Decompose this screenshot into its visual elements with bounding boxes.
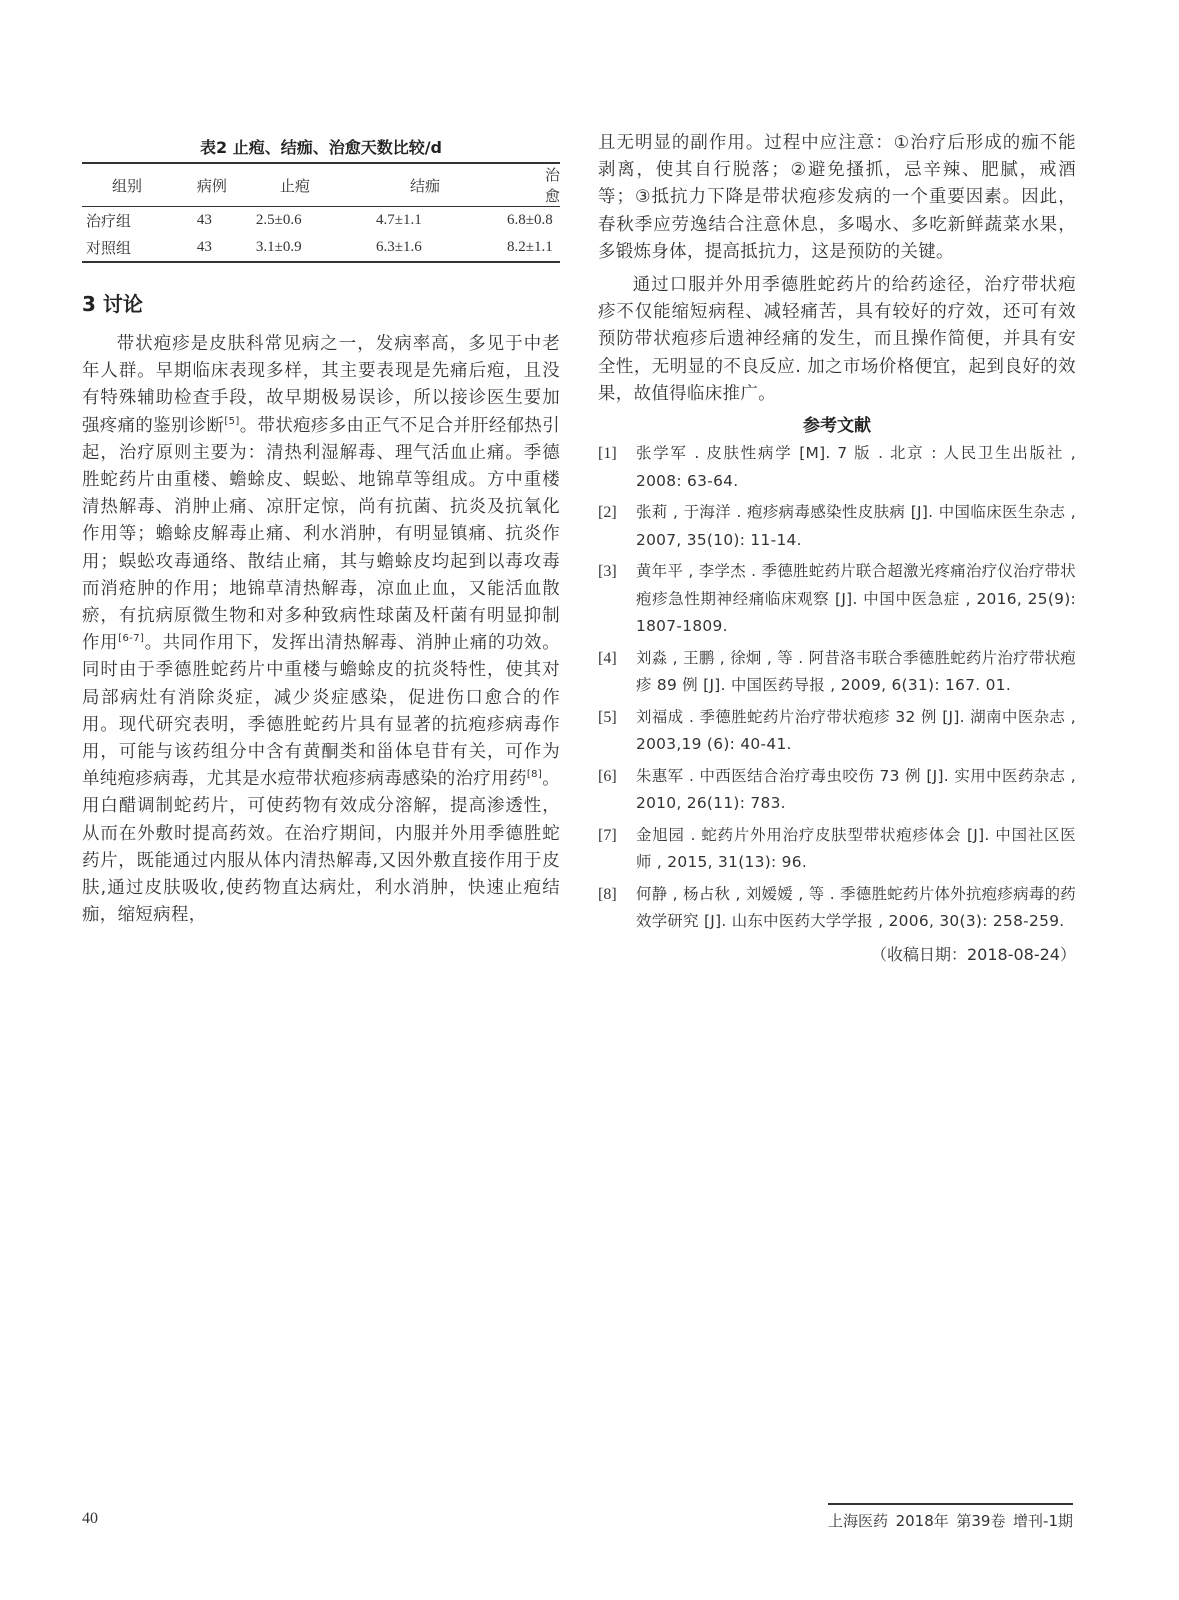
reference-item: [6]朱惠军 . 中西医结合治疗毒虫咬伤 73 例 [J]. 实用中医药杂志 ,… bbox=[598, 763, 1076, 818]
col-header-group: 组别 bbox=[82, 163, 197, 207]
table-row: 对照组 43 3.1±0.9 6.3±1.6 8.2±1.1 bbox=[82, 234, 560, 262]
reference-number: [7] bbox=[598, 822, 636, 877]
table-cell: 对照组 bbox=[82, 234, 197, 262]
col-header-blister-stop: 止疱 bbox=[256, 163, 376, 207]
reference-text: 张学军 . 皮肤性病学 [M]. 7 版 . 北京 : 人民卫生出版社 , 20… bbox=[636, 440, 1076, 495]
journal-issue: 增刊-1期 bbox=[1013, 1510, 1073, 1531]
reference-text: 金旭园 . 蛇药片外用治疗皮肤型带状疱疹体会 [J]. 中国社区医师 , 201… bbox=[636, 822, 1076, 877]
references-list: [1]张学军 . 皮肤性病学 [M]. 7 版 . 北京 : 人民卫生出版社 ,… bbox=[598, 440, 1076, 936]
table-row: 治疗组 43 2.5±0.6 4.7±1.1 6.8±0.8 bbox=[82, 207, 560, 235]
section-title-discussion: 3 讨论 bbox=[82, 289, 560, 319]
journal-year: 2018年 bbox=[896, 1510, 949, 1531]
table-caption: 表2 止疱、结痂、治愈天数比较/d bbox=[82, 136, 560, 160]
reference-item: [4]刘淼 , 王鹏 , 徐炯 , 等 . 阿昔洛韦联合季德胜蛇药片治疗带状疱疹… bbox=[598, 645, 1076, 700]
paragraph-text: 。共同作用下，发挥出清热解毒、消肿止痛的功效。同时由于季德胜蛇药片中重楼与蟾蜍皮… bbox=[82, 633, 560, 789]
discussion-paragraph-1: 带状疱疹是皮肤科常见病之一，发病率高，多见于中老年人群。早期临床表现多样，其主要… bbox=[82, 331, 560, 929]
journal-volume: 第39卷 bbox=[956, 1510, 1005, 1531]
reference-item: [8]何静 , 杨占秋 , 刘嫒嫒 , 等 . 季德胜蛇药片体外抗疱疹病毒的药效… bbox=[598, 881, 1076, 936]
reference-number: [3] bbox=[598, 558, 636, 641]
journal-info: 上海医药 2018年 第39卷 增刊-1期 bbox=[828, 1510, 1073, 1531]
paragraph-text: 。用白醋调制蛇药片，可使药物有效成分溶解，提高渗透性，从而在外敷时提高药效。在治… bbox=[82, 769, 560, 925]
col-header-scab: 结痂 bbox=[376, 163, 507, 207]
right-column: 且无明显的副作用。过程中应注意：①治疗后形成的痂不能剥离，使其自行脱落；②避免搔… bbox=[598, 130, 1076, 965]
received-date: （收稿日期：2018-08-24） bbox=[598, 942, 1076, 965]
table-cell: 3.1±0.9 bbox=[256, 234, 376, 262]
footer-rule bbox=[828, 1503, 1073, 1505]
table-cell: 6.8±0.8 bbox=[507, 207, 560, 235]
reference-number: [5] bbox=[598, 704, 636, 759]
table-cell: 2.5±0.6 bbox=[256, 207, 376, 235]
reference-number: [8] bbox=[598, 881, 636, 936]
citation: [5] bbox=[224, 416, 239, 427]
table-cell: 43 bbox=[197, 207, 256, 235]
citation: [8] bbox=[527, 769, 542, 780]
table-cell: 4.7±1.1 bbox=[376, 207, 507, 235]
citation: [6-7] bbox=[118, 633, 144, 644]
reference-text: 刘淼 , 王鹏 , 徐炯 , 等 . 阿昔洛韦联合季德胜蛇药片治疗带状疱疹 89… bbox=[636, 645, 1076, 700]
reference-item: [3]黄年平 , 李学杰 . 季德胜蛇药片联合超激光疼痛治疗仪治疗带状疱疹急性期… bbox=[598, 558, 1076, 641]
reference-number: [1] bbox=[598, 440, 636, 495]
left-column: 表2 止疱、结痂、治愈天数比较/d 组别 病例 止疱 结痂 治愈 治疗组 43 … bbox=[82, 130, 560, 929]
table-cell: 8.2±1.1 bbox=[507, 234, 560, 262]
page-number: 40 bbox=[82, 1510, 98, 1528]
references-title: 参考文献 bbox=[598, 412, 1076, 440]
reference-item: [5]刘福成 . 季德胜蛇药片治疗带状疱疹 32 例 [J]. 湖南中医杂志 ,… bbox=[598, 704, 1076, 759]
reference-text: 刘福成 . 季德胜蛇药片治疗带状疱疹 32 例 [J]. 湖南中医杂志 , 20… bbox=[636, 704, 1076, 759]
discussion-paragraph-3: 通过口服并外用季德胜蛇药片的给药途径，治疗带状疱疹不仅能缩短病程、减轻痛苦，具有… bbox=[598, 272, 1076, 408]
reference-number: [4] bbox=[598, 645, 636, 700]
col-header-cure: 治愈 bbox=[507, 163, 560, 207]
col-header-cases: 病例 bbox=[197, 163, 256, 207]
reference-number: [2] bbox=[598, 499, 636, 554]
reference-item: [2]张莉 , 于海洋 . 疱疹病毒感染性皮肤病 [J]. 中国临床医生杂志 ,… bbox=[598, 499, 1076, 554]
reference-item: [7]金旭园 . 蛇药片外用治疗皮肤型带状疱疹体会 [J]. 中国社区医师 , … bbox=[598, 822, 1076, 877]
reference-text: 黄年平 , 李学杰 . 季德胜蛇药片联合超激光疼痛治疗仪治疗带状疱疹急性期神经痛… bbox=[636, 558, 1076, 641]
reference-number: [6] bbox=[598, 763, 636, 818]
reference-item: [1]张学军 . 皮肤性病学 [M]. 7 版 . 北京 : 人民卫生出版社 ,… bbox=[598, 440, 1076, 495]
table-cell: 43 bbox=[197, 234, 256, 262]
reference-text: 何静 , 杨占秋 , 刘嫒嫒 , 等 . 季德胜蛇药片体外抗疱疹病毒的药效学研究… bbox=[636, 881, 1076, 936]
journal-name: 上海医药 bbox=[828, 1510, 888, 1531]
reference-text: 朱惠军 . 中西医结合治疗毒虫咬伤 73 例 [J]. 实用中医药杂志 , 20… bbox=[636, 763, 1076, 818]
table-cell: 治疗组 bbox=[82, 207, 197, 235]
paragraph-text: 。带状疱疹多由正气不足合并肝经郁热引起，治疗原则主要为：清热利湿解毒、理气活血止… bbox=[82, 416, 560, 654]
table-cell: 6.3±1.6 bbox=[376, 234, 507, 262]
comparison-table: 组别 病例 止疱 结痂 治愈 治疗组 43 2.5±0.6 4.7±1.1 6.… bbox=[82, 162, 560, 263]
table-header-row: 组别 病例 止疱 结痂 治愈 bbox=[82, 163, 560, 207]
reference-text: 张莉 , 于海洋 . 疱疹病毒感染性皮肤病 [J]. 中国临床医生杂志 , 20… bbox=[636, 499, 1076, 554]
discussion-paragraph-2: 且无明显的副作用。过程中应注意：①治疗后形成的痂不能剥离，使其自行脱落；②避免搔… bbox=[598, 130, 1076, 266]
